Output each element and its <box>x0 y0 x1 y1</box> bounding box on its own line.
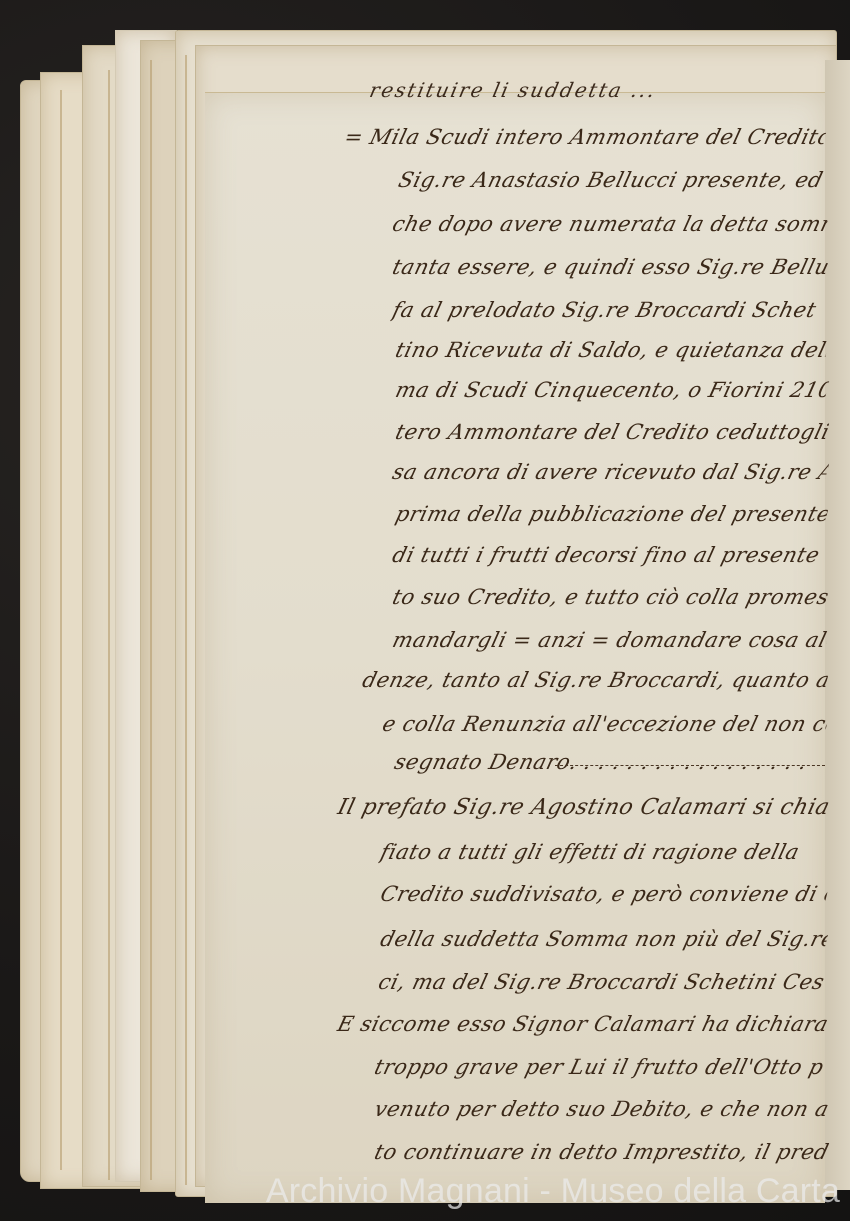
text-line: di tutti i frutti decorsi fino al presen… <box>390 543 830 567</box>
text-line: tero Ammontare del Credito ceduttogli, e… <box>393 420 830 444</box>
text-line: troppo grave per Lui il frutto dell'Otto… <box>372 1055 830 1079</box>
handwritten-text: = Mila Scudi intero Ammontare del Credit… <box>0 0 850 1221</box>
text-line: che dopo avere numerata la detta somma <box>390 212 830 236</box>
text-line: prima della pubblicazione del presente C… <box>393 502 830 526</box>
text-line: Il prefato Sig.re Agostino Calamari si c… <box>335 795 830 820</box>
text-line: denze, tanto al Sig.re Broccardi, quanto… <box>360 668 830 692</box>
text-line: e colla Renunzia all'eccezione del non c… <box>380 712 830 736</box>
text-line: to continuare in detto Imprestito, il pr… <box>372 1140 830 1164</box>
text-line: venuto per detto suo Debito, e che non a… <box>372 1097 830 1121</box>
text-line: fiato a tutti gli effetti di ragione del… <box>378 840 830 864</box>
text-line: sa ancora di avere ricevuto dal Sig.re A… <box>390 460 830 484</box>
text-line: ma di Scudi Cinquecento, o Fiorini 2100,… <box>393 378 830 402</box>
archive-watermark: Archivio Magnani - Museo della Carta <box>0 1172 840 1211</box>
text-line: Credito suddivisato, e però conviene di … <box>378 882 830 906</box>
text-line: segnato Denaro. . . . . . . . . . . . . … <box>392 750 830 774</box>
text-line: ci, ma del Sig.re Broccardi Schetini Ces <box>376 970 830 994</box>
text-line: mandargli = anzi = domandare cosa alcuna <box>390 628 830 652</box>
text-line: to suo Credito, e tutto ciò colla promes… <box>390 585 830 609</box>
text-line: E siccome esso Signor Calamari ha dichia… <box>335 1012 830 1036</box>
text-line: fa al prelodato Sig.re Broccardi Schet <box>390 298 830 322</box>
text-line: Sig.re Anastasio Bellucci presente, ed a… <box>396 168 830 192</box>
text-line: tino Ricevuta di Saldo, e quietanza dell… <box>393 338 830 362</box>
dashed-fill-rule <box>555 765 825 766</box>
text-line: della suddetta Somma non più del Sig.re … <box>378 927 830 951</box>
text-line: tanta essere, e quindi esso Sig.re Bellu… <box>390 255 830 279</box>
text-line: = Mila Scudi intero Ammontare del Credit… <box>342 125 828 149</box>
